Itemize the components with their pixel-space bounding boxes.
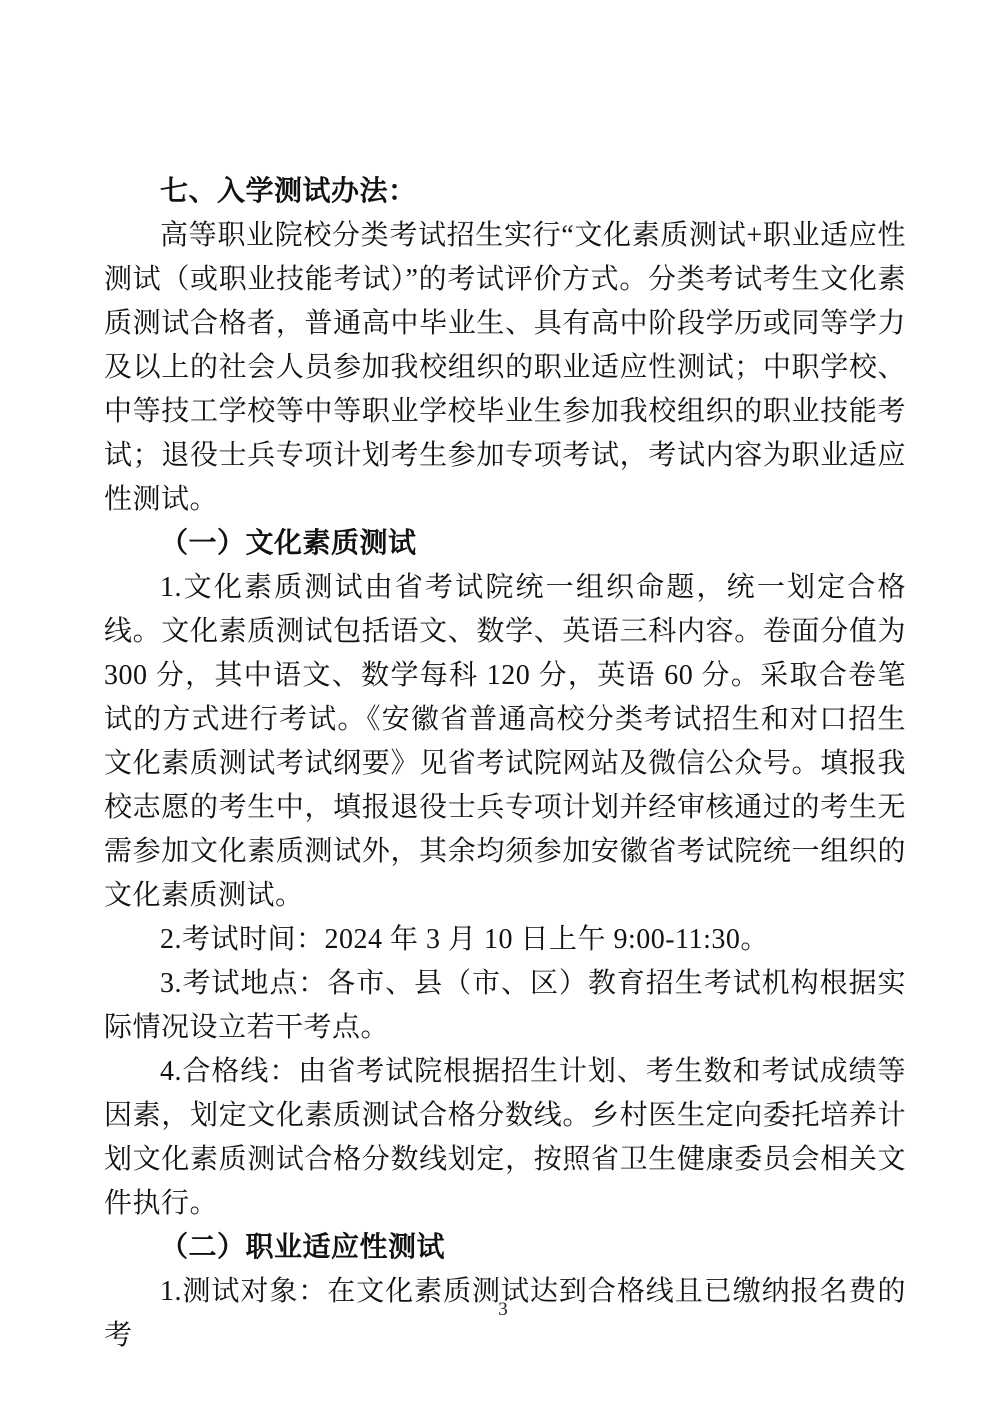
paragraph-item-1-test-organization: 1.文化素质测试由省考试院统一组织命题，统一划定合格线。文化素质测试包括语文、数…: [104, 566, 906, 918]
paragraph-intro-exam-evaluation: 高等职业院校分类考试招生实行“文化素质测试+职业适应性测试（或职业技能考试）”的…: [104, 214, 906, 522]
page-number: 3: [0, 1298, 1006, 1322]
document-body: 七、入学测试办法： 高等职业院校分类考试招生实行“文化素质测试+职业适应性测试（…: [104, 170, 906, 1358]
paragraph-item-3-exam-location: 3.考试地点：各市、县（市、区）教育招生考试机构根据实际情况设立若干考点。: [104, 962, 906, 1050]
subsection-heading-vocational-aptitude-test: （二）职业适应性测试: [104, 1226, 906, 1270]
subsection-heading-cultural-quality-test: （一）文化素质测试: [104, 522, 906, 566]
section-heading-entrance-test-methods: 七、入学测试办法：: [104, 170, 906, 214]
paragraph-item-4-passing-line: 4.合格线：由省考试院根据招生计划、考生数和考试成绩等因素，划定文化素质测试合格…: [104, 1050, 906, 1226]
paragraph-item-2-exam-time: 2.考试时间：2024 年 3 月 10 日上午 9:00-11:30。: [104, 918, 906, 962]
document-page: 七、入学测试办法： 高等职业院校分类考试招生实行“文化素质测试+职业适应性测试（…: [0, 0, 1006, 1423]
